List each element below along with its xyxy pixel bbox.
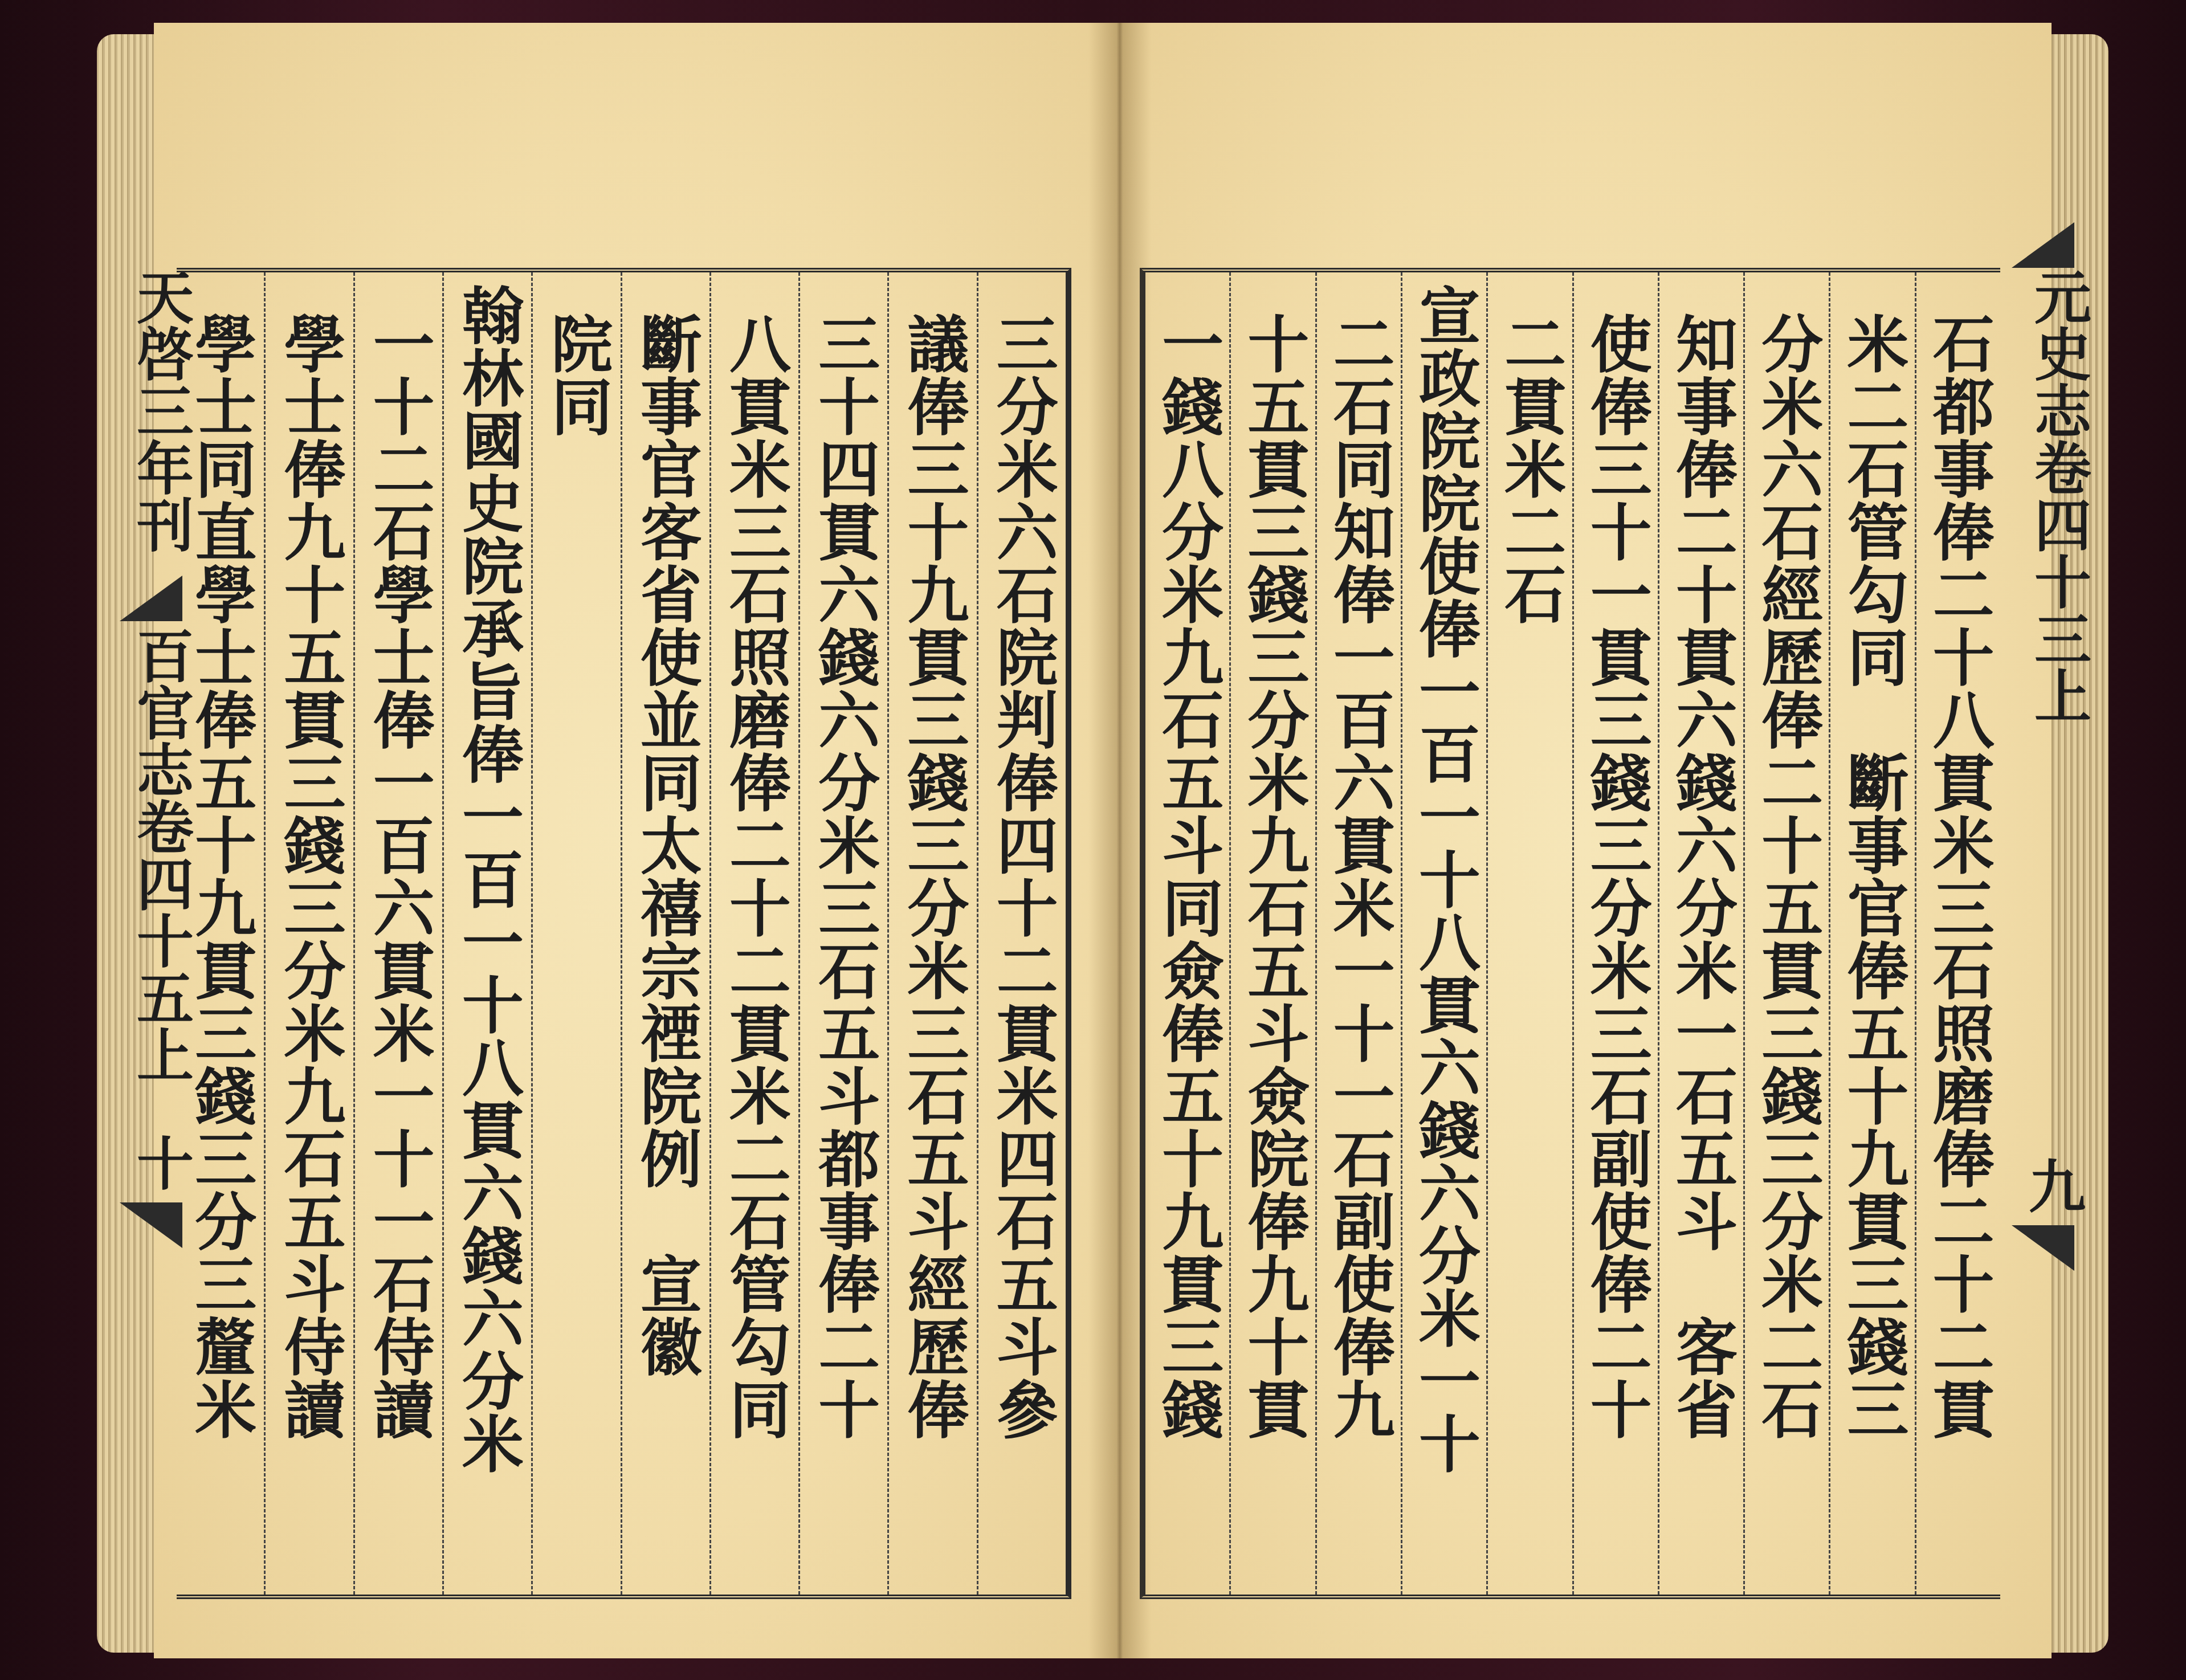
open-book: 天啓三年刊 百官志卷四十五上 十 三分米六石院判俸四十二貫米四石五斗參 議俸三十… xyxy=(97,23,2108,1658)
text-column: 米二石管勾同 斷事官俸五十九貫三錢三 xyxy=(1829,272,1914,1595)
column-text: 知事俸二十貫六錢六分米一石五斗 客省 xyxy=(1670,272,1732,1595)
text-column: 院同 xyxy=(531,272,620,1595)
text-column: 學士俸九十五貫三錢三分米九石五斗侍讀 xyxy=(264,272,353,1595)
column-text: 三分米六石院判俸四十二貫米四石五斗參 xyxy=(991,272,1053,1595)
text-column: 八貫米三石照磨俸二十二貫米二石管勾同 xyxy=(709,272,798,1595)
right-margin-strip: 元史志卷四十三上 九 xyxy=(2012,268,2080,1590)
right-columns: 石都事俸二十八貫米三石照磨俸二十二貫 米二石管勾同 斷事官俸五十九貫三錢三 分米… xyxy=(1145,272,2000,1595)
column-text: 二貫米二石 xyxy=(1499,272,1561,1595)
text-column: 十五貫三錢三分米九石五斗僉院俸九十貫 xyxy=(1229,272,1315,1595)
left-columns: 三分米六石院判俸四十二貫米四石五斗參 議俸三十九貫三錢三分米三石五斗經歷俸 三十… xyxy=(177,272,1066,1595)
text-column: 三十四貫六錢六分米三石五斗都事俸二十 xyxy=(798,272,887,1595)
text-column: 知事俸二十貫六錢六分米一石五斗 客省 xyxy=(1658,272,1743,1595)
column-text: 一十二石學士俸一百六貫米一十一石侍讀 xyxy=(368,272,429,1595)
fishtail-bottom-icon xyxy=(2012,1225,2074,1271)
text-column: 斷事官客省使並同太禧宗禋院例 宣徽 xyxy=(621,272,709,1595)
text-column: 分米六石經歷俸二十五貫三錢三分米二石 xyxy=(1743,272,1829,1595)
column-text: 學士俸九十五貫三錢三分米九石五斗侍讀 xyxy=(279,272,340,1595)
column-text: 石都事俸二十八貫米三石照磨俸二十二貫 xyxy=(1927,272,1989,1595)
column-text: 翰林國史院承旨俸一百一十八貫六錢六分米 xyxy=(457,272,519,1595)
column-text: 十五貫三錢三分米九石五斗僉院俸九十貫 xyxy=(1242,272,1304,1595)
left-text-frame: 三分米六石院判俸四十二貫米四石五斗參 議俸三十九貫三錢三分米三石五斗經歷俸 三十… xyxy=(177,268,1071,1599)
text-column: 翰林國史院承旨俸一百一十八貫六錢六分米 xyxy=(442,272,531,1595)
page-number: 九 xyxy=(2012,1157,2094,1214)
text-column: 石都事俸二十八貫米三石照磨俸二十二貫 xyxy=(1915,272,2000,1595)
right-text-frame: 石都事俸二十八貫米三石照磨俸二十二貫 米二石管勾同 斷事官俸五十九貫三錢三 分米… xyxy=(1140,268,2000,1599)
fishtail-top-icon xyxy=(2012,222,2074,268)
column-text: 宣政院院使俸一百一十八貫六錢六分米一十 xyxy=(1414,272,1475,1595)
column-text: 米二石管勾同 斷事官俸五十九貫三錢三 xyxy=(1842,272,1903,1595)
text-column: 學士同直學士俸五十九貫三錢三分三釐米 xyxy=(177,272,264,1595)
column-text: 三十四貫六錢六分米三石五斗都事俸二十 xyxy=(813,272,875,1595)
text-column: 一錢八分米九石五斗同僉俸五十九貫三錢 xyxy=(1145,272,1229,1595)
right-page: 石都事俸二十八貫米三石照磨俸二十二貫 米二石管勾同 斷事官俸五十九貫三錢三 分米… xyxy=(1117,23,2052,1658)
volume-title: 元史志卷四十三上 xyxy=(2017,268,2099,724)
text-column: 二石同知俸一百六貫米一十一石副使俸九 xyxy=(1315,272,1401,1595)
column-text: 分米六石經歷俸二十五貫三錢三分米二石 xyxy=(1756,272,1818,1595)
fishtail-bottom-icon xyxy=(120,1202,182,1248)
column-text: 斷事官客省使並同太禧宗禋院例 宣徽 xyxy=(635,272,696,1595)
left-page: 天啓三年刊 百官志卷四十五上 十 三分米六石院判俸四十二貫米四石五斗參 議俸三十… xyxy=(154,23,1117,1658)
text-column: 一十二石學士俸一百六貫米一十一石侍讀 xyxy=(353,272,442,1595)
column-text: 一錢八分米九石五斗同僉俸五十九貫三錢 xyxy=(1157,272,1218,1595)
column-text: 二石同知俸一百六貫米一十一石副使俸九 xyxy=(1328,272,1389,1595)
text-column: 使俸三十一貫三錢三分米三石副使俸二十 xyxy=(1572,272,1658,1595)
column-text: 學士同直學士俸五十九貫三錢三分三釐米 xyxy=(190,272,251,1595)
column-text: 使俸三十一貫三錢三分米三石副使俸二十 xyxy=(1585,272,1646,1595)
column-text: 八貫米三石照磨俸二十二貫米二石管勾同 xyxy=(724,272,785,1595)
text-column: 宣政院院使俸一百一十八貫六錢六分米一十 xyxy=(1401,272,1486,1595)
left-margin-strip: 天啓三年刊 百官志卷四十五上 十 xyxy=(114,268,182,1590)
column-text: 議俸三十九貫三錢三分米三石五斗經歷俸 xyxy=(902,272,964,1595)
text-column: 三分米六石院判俸四十二貫米四石五斗參 xyxy=(977,272,1066,1595)
text-column: 議俸三十九貫三錢三分米三石五斗經歷俸 xyxy=(887,272,976,1595)
column-text: 院同 xyxy=(546,272,607,1595)
fishtail-top-icon xyxy=(120,576,182,621)
text-column: 二貫米二石 xyxy=(1486,272,1572,1595)
